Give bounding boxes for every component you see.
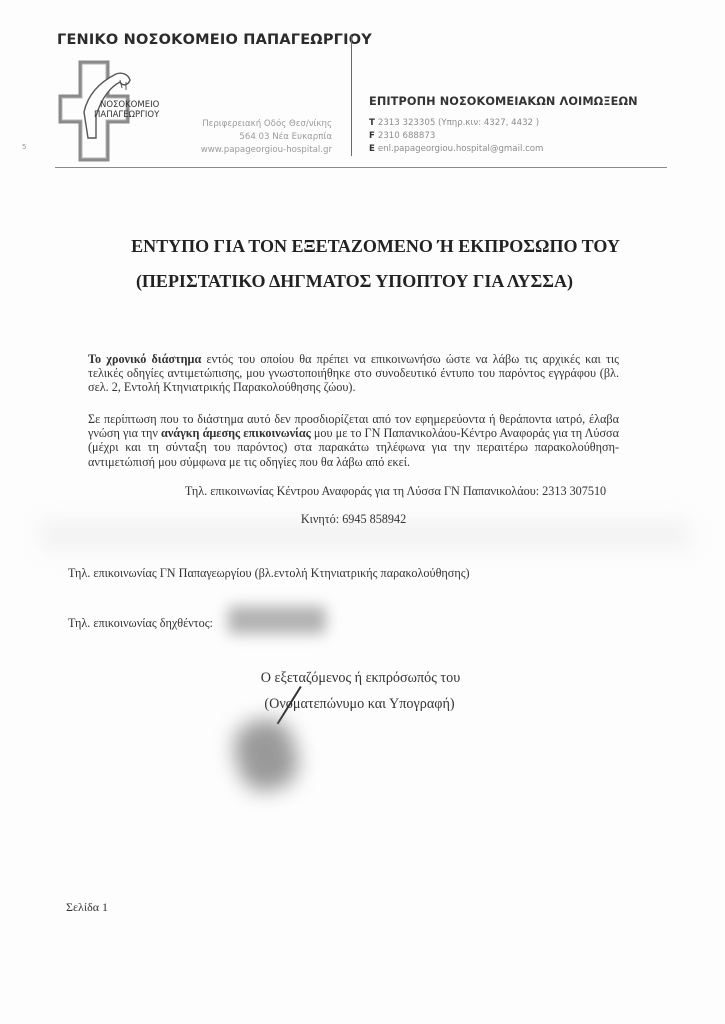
papageorgiou-phone: Τηλ. επικοινωνίας ΓΝ Παπαγεωργίου (βλ.εν…: [68, 566, 470, 581]
phone-line: T2313 323305 (Υπηρ.κιν: 4327, 4432 ): [369, 117, 543, 130]
document-title-line2: (ΠΕΡΙΣΤΑΤΙΚΟ ΔΗΓΜΑΤΟΣ ΥΠΟΠΤΟΥ ΓΙΑ ΛΥΣΣΑ): [0, 271, 717, 292]
document-title-line1: ΕΝΤΥΠΟ ΓΙΑ ΤΟΝ ΕΞΕΤΑΖΟΜΕΝΟ Ή ΕΚΠΡΟΣΩΠΟ Τ…: [13, 236, 725, 257]
phone-label: T: [369, 118, 375, 128]
address-postal: 564 03 Νέα Ευκαρπία: [180, 131, 332, 144]
paragraph-bold-emphasis: ανάγκη άμεσης επικοινωνίας: [161, 426, 311, 440]
hospital-address: Περιφερειακή Οδός Θεσ/νίκης 564 03 Νέα Ε…: [180, 118, 332, 157]
signature-role: Ο εξεταζόμενος ή εκπρόσωπός του: [0, 670, 723, 687]
logo-text-line1: ΝΟΣΟΚΟΜΕΙΟ: [94, 100, 159, 110]
page-number: Σελίδα 1: [66, 900, 108, 915]
paragraph-bold-lead: Το χρονικό διάστημα: [88, 352, 201, 366]
reference-center-phone: Τηλ. επικοινωνίας Κέντρου Αναφοράς για τ…: [33, 484, 725, 499]
email-line: Eenl.papageorgiou.hospital@gmail.com: [369, 143, 543, 156]
signature-instruction: (Ονοματεπώνυμο και Υπογραφή): [0, 696, 722, 713]
mobile-phone: Κινητό: 6945 858942: [0, 512, 716, 527]
address-street: Περιφερειακή Οδός Θεσ/νίκης: [180, 118, 332, 131]
hospital-name: ΓΕΝΙΚΟ ΝΟΣΟΚΟΜΕΙΟ ΠΑΠΑΓΕΩΡΓΙΟΥ: [57, 32, 372, 48]
committee-name: ΕΠΙΤΡΟΠΗ ΝΟΣΟΚΟΜΕΙΑΚΩΝ ΛΟΙΜΩΞΕΩΝ: [369, 95, 638, 108]
fax-value: 2310 688873: [378, 131, 435, 141]
bitten-person-phone-label: Τηλ. επικοινωνίας δηχθέντος:: [68, 616, 213, 631]
email-value: enl.papageorgiou.hospital@gmail.com: [378, 144, 544, 154]
paragraph-urgent-contact: Σε περίπτωση που το διάστημα αυτό δεν πρ…: [88, 412, 619, 469]
header-divider: [351, 36, 352, 156]
phone-value: 2313 323305 (Υπηρ.κιν: 4327, 4432 ): [378, 118, 539, 128]
email-label: E: [369, 144, 375, 154]
paragraph-time-period: Το χρονικό διάστημα εντός του οποίου θα …: [88, 352, 619, 395]
fax-line: F2310 688873: [369, 130, 543, 143]
side-mark: 5: [22, 143, 26, 151]
fax-label: F: [369, 131, 375, 141]
redacted-phone-number: [228, 606, 326, 634]
header-rule: [55, 167, 667, 168]
committee-contacts: T2313 323305 (Υπηρ.κιν: 4327, 4432 ) F23…: [369, 117, 543, 156]
logo-text: ΝΟΣΟΚΟΜΕΙΟ ΠΑΠΑΓΕΩΡΓΙΟΥ: [94, 100, 159, 120]
address-website: www.papageorgiou-hospital.gr: [180, 144, 332, 157]
logo-text-line2: ΠΑΠΑΓΕΩΡΓΙΟΥ: [94, 110, 159, 120]
redacted-signature: [228, 713, 304, 796]
